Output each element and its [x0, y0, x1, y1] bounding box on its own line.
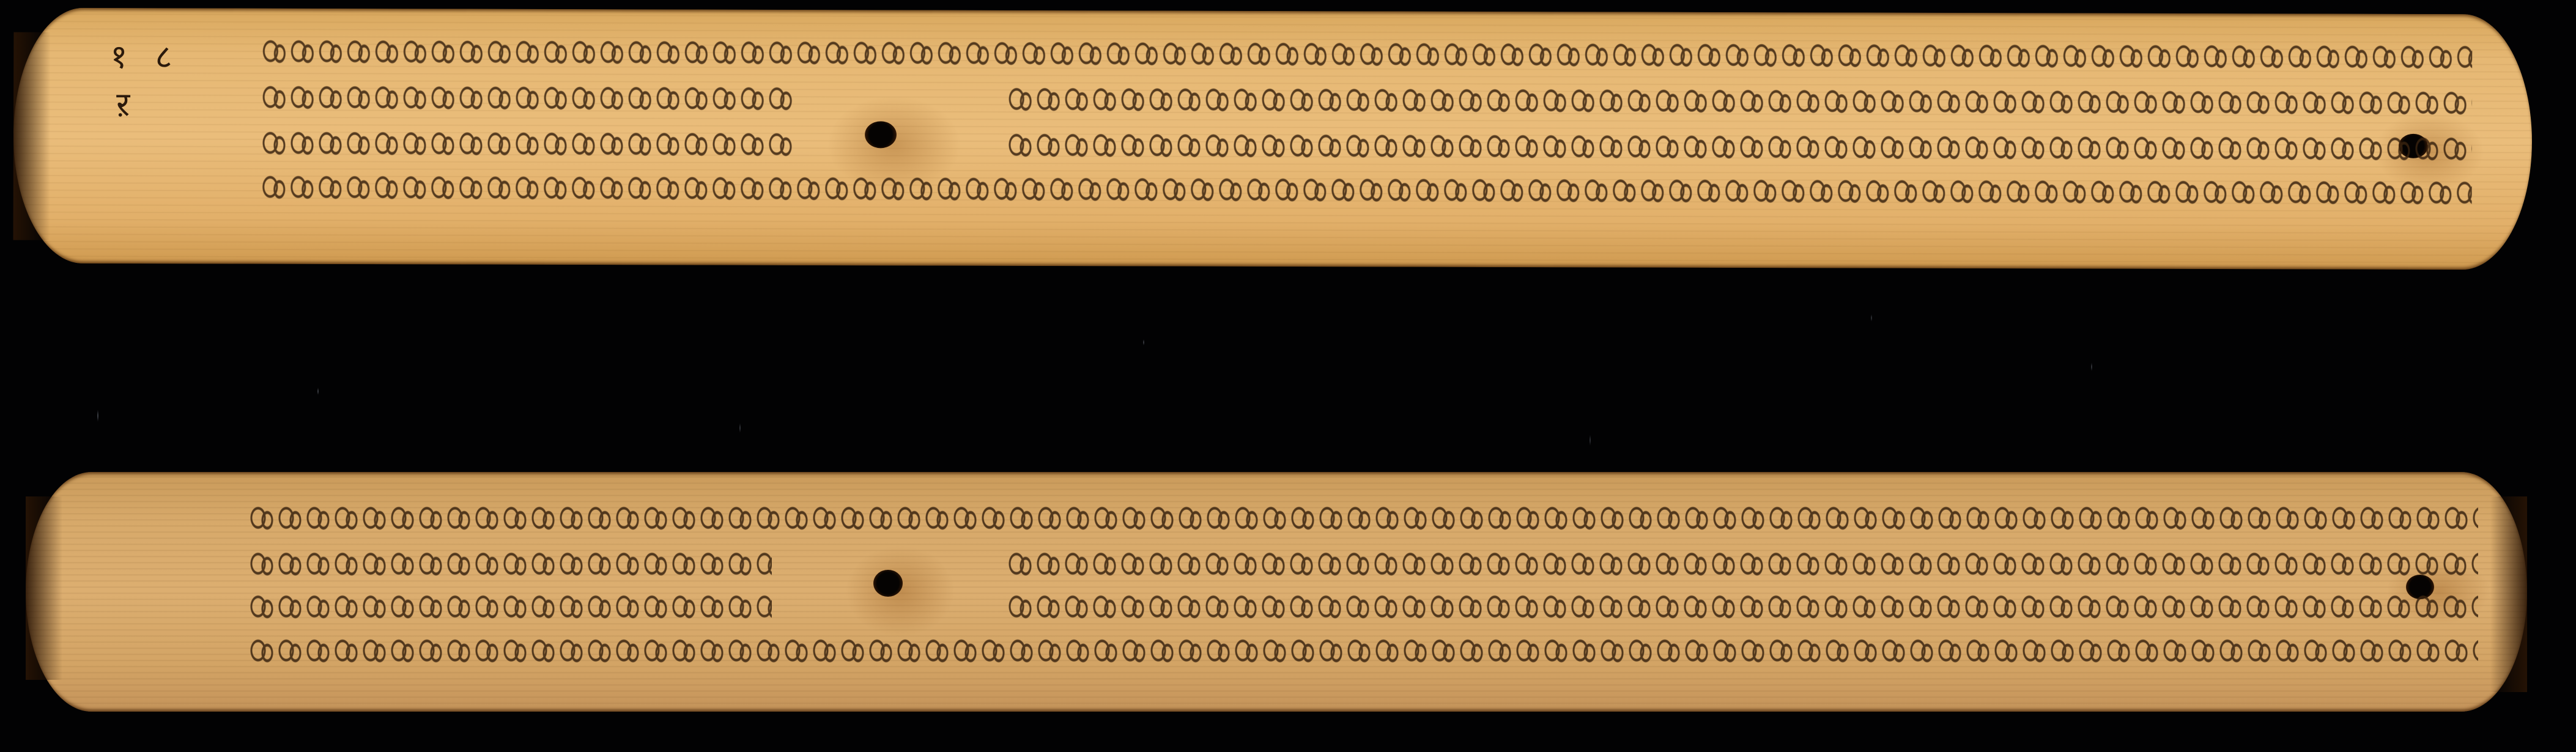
script-glyphs	[1004, 588, 2478, 625]
script-line-3-right	[1004, 127, 2472, 167]
script-glyphs	[246, 588, 772, 625]
script-line-4	[246, 632, 2478, 669]
script-glyphs	[246, 499, 2478, 536]
script-glyphs	[1004, 127, 2472, 167]
script-line-2-right	[1004, 81, 2472, 121]
script-line-1	[258, 33, 2472, 75]
hole-stain	[845, 545, 955, 637]
script-glyphs	[258, 33, 2472, 75]
script-glyphs	[258, 79, 796, 117]
script-glyphs	[246, 545, 772, 582]
palm-leaf-top: १ ८ ऱ	[13, 8, 2532, 270]
palm-leaf-bottom	[26, 472, 2527, 712]
binding-hole-left	[873, 570, 903, 597]
script-line-2-left	[258, 79, 796, 117]
script-line-2-right	[1004, 545, 2478, 582]
script-glyphs	[246, 632, 2478, 669]
right-edge-wear	[2490, 496, 2527, 692]
script-line-2-left	[246, 545, 772, 582]
left-edge-wear	[13, 32, 51, 240]
folio-numeral-upper: १ ८	[110, 32, 181, 78]
script-line-3-left	[246, 588, 772, 625]
folio-numeral-lower: ऱ	[116, 80, 138, 125]
script-glyphs	[258, 125, 796, 163]
script-line-3-left	[258, 125, 796, 163]
binding-hole-left	[865, 121, 897, 148]
left-edge-wear	[26, 496, 62, 680]
script-glyphs	[1004, 81, 2472, 121]
script-line-4	[258, 169, 2472, 211]
script-line-1	[246, 499, 2478, 536]
script-glyphs	[258, 169, 2472, 211]
script-glyphs	[1004, 545, 2478, 582]
script-line-3-right	[1004, 588, 2478, 625]
